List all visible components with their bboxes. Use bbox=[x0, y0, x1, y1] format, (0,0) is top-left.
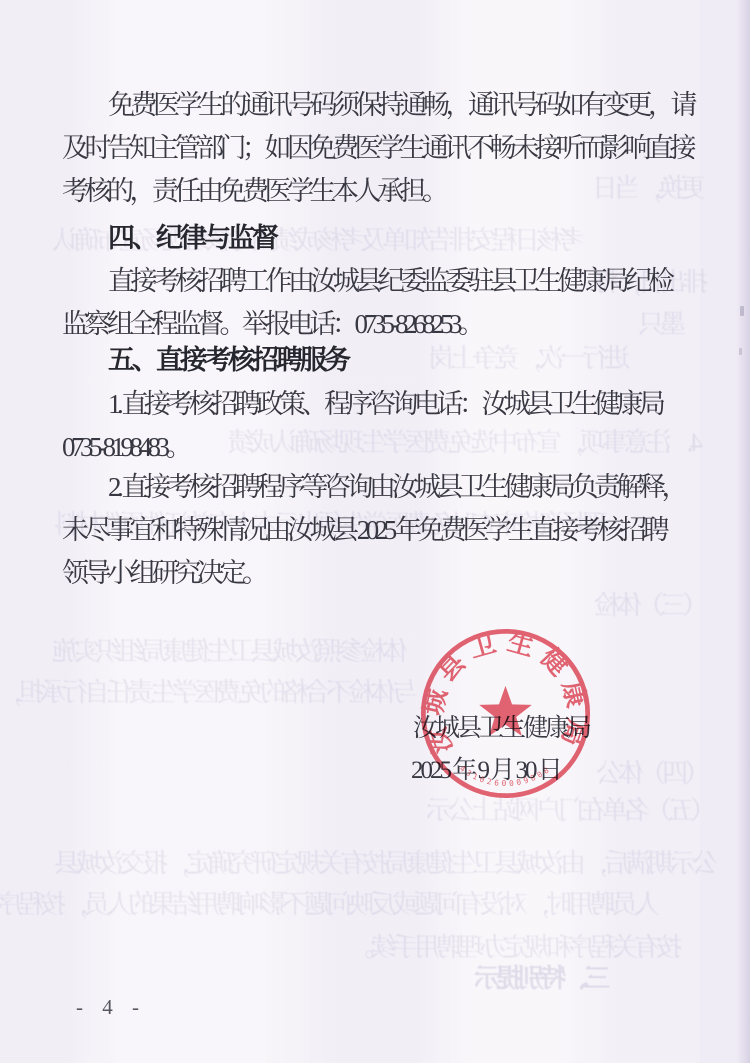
bleedthrough-line: 体检参照汝城县卫生健康局组织实施 bbox=[56, 631, 408, 668]
section-heading-service: 五、直接考核招聘服务 bbox=[62, 338, 748, 377]
body-line: 未尽事宜和特殊情况由汝城县 2025 年免费医学生直接考核招聘 bbox=[62, 508, 702, 547]
scan-edge-shadow bbox=[736, 0, 750, 1063]
body-line-report-phone: 监察组全程监督。举报电话：0735-8268253。 bbox=[62, 302, 702, 341]
body-line: 及时告知主管部门；如因免费医学生通讯不畅未接听而影响直接 bbox=[62, 126, 702, 165]
bleedthrough-line: （三）体检 bbox=[598, 585, 708, 622]
svg-text:4310260009808: 4310260009808 bbox=[458, 764, 553, 788]
scan-speck bbox=[739, 348, 742, 355]
body-line: 领导小组研究决定。 bbox=[62, 551, 702, 590]
body-line: 直接考核招聘工作由汝城县纪委监委驻县卫生健康局纪检 bbox=[62, 259, 748, 298]
body-line: 考核的，责任由免费医学生本人承担。 bbox=[62, 169, 702, 208]
body-line: 2. 直接考核招聘程序等咨询由汝城县卫生健康局负责解释， bbox=[62, 465, 748, 504]
body-line: 1. 直接考核招聘政策、程序咨询电话：汝城县卫生健康局 bbox=[62, 382, 748, 421]
bleedthrough-line: 与体检不合格的免费医学生责任自行承担， bbox=[0, 672, 418, 709]
page-number: - 4 - bbox=[76, 995, 146, 1020]
body-line: 免费医学生的通讯号码须保持通畅，通讯号码如有变更，请 bbox=[62, 83, 748, 122]
official-seal: 汝城县卫生健康局 4310260009808 bbox=[419, 627, 592, 800]
bleedthrough-line: 公示期满后，由汝城县卫生健康局按有关规定研究确定，报交汝城县 bbox=[58, 843, 718, 880]
scan-speck bbox=[740, 306, 744, 316]
bleedthrough-heading: 三、特别提示 bbox=[478, 958, 610, 995]
body-line-consult-phone: 0735-8198483。 bbox=[62, 425, 702, 464]
section-heading-discipline: 四、纪律与监督 bbox=[62, 216, 748, 255]
scanned-document-page: 更换，当日 考核日程安排告知单及考核成绩由考核组现场宣布确认 排出日，将 墨只 … bbox=[0, 0, 750, 1063]
star-icon bbox=[479, 686, 532, 736]
seal-serial-number: 4310260009808 bbox=[458, 764, 553, 788]
bleedthrough-line: 人员聘用时，对没有问题或反映问题不影响聘用结果的人员，按程序 bbox=[0, 884, 660, 921]
bleedthrough-line: （四）体公 bbox=[600, 753, 710, 790]
